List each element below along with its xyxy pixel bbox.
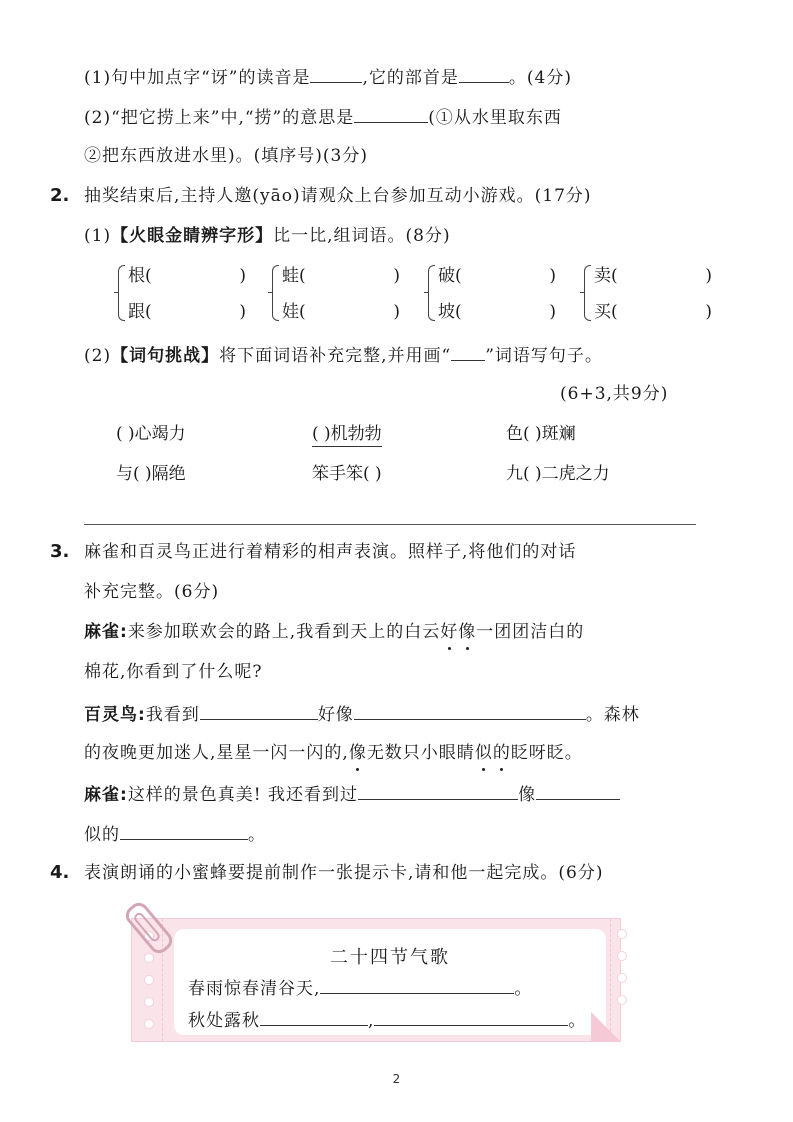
card-holes-right: [617, 929, 627, 1017]
dialog-sparrow-1-line2: 棉花,你看到了什么呢?: [84, 660, 263, 684]
brace-icon: [272, 265, 279, 321]
idiom-2-underlined[interactable]: ( )机勃勃: [312, 422, 382, 447]
question-number-4: 4.: [50, 861, 69, 885]
card-line-2: 秋处露秋,。: [188, 1007, 586, 1033]
q2-sub2-score: (6+3,共9分): [560, 382, 668, 406]
idiom-1[interactable]: ( )心竭力: [116, 422, 186, 446]
poem-blank-2[interactable]: [260, 1007, 368, 1026]
speaker-lark: 百灵鸟:: [84, 705, 146, 725]
dialog-sparrow-1: 麻雀:来参加联欢会的路上,我看到天上的白云好像一团团洁白的: [84, 620, 584, 644]
speaker-sparrow: 麻雀:: [84, 785, 128, 805]
poem-blank-1[interactable]: [320, 975, 514, 994]
card-line-1: 春雨惊春清谷天,。: [188, 975, 532, 1001]
dialog-lark-line2: 的夜晚更加迷人,星星一闪一闪的,像无数只小眼睛似的眨呀眨。: [84, 741, 583, 765]
char-pair-2: 蛙() 娃(): [272, 263, 402, 325]
sentence-answer-line[interactable]: [84, 524, 696, 525]
q4-prompt: 表演朗诵的小蜜蜂要提前制作一张提示卡,请和他一起完成。(6分): [84, 861, 603, 885]
q1-sub1: (1)句中加点字“讶”的读音是,它的部首是。(4分): [84, 64, 572, 90]
q3-prompt-line1: 麻雀和百灵鸟正进行着精彩的相声表演。照样子,将他们的对话: [84, 540, 576, 564]
brace-icon: [118, 265, 125, 321]
char-pair-3: 破() 坡(): [428, 263, 558, 325]
sparrow-end-blank[interactable]: [120, 821, 248, 840]
sparrow-seen-blank[interactable]: [358, 781, 518, 800]
meaning-blank[interactable]: [354, 104, 428, 123]
dialog-sparrow-2-line2: 似的。: [84, 821, 266, 847]
question-number-2: 2.: [50, 184, 69, 208]
pronunciation-blank[interactable]: [310, 64, 362, 83]
lark-seen-blank[interactable]: [200, 701, 318, 720]
q2-sub1-label: (1)【火眼金睛辨字形】比一比,组词语。(8分): [84, 224, 451, 248]
question-number-3: 3.: [50, 540, 69, 564]
solar-terms-card: 二十四节气歌 春雨惊春清谷天,。 秋处露秋,。: [131, 918, 621, 1042]
card-content: 二十四节气歌 春雨惊春清谷天,。 秋处露秋,。: [174, 929, 606, 1035]
q1-sub2-line2: ②把东西放进水里)。(填序号)(3分): [84, 144, 368, 168]
speaker-sparrow: 麻雀:: [84, 622, 128, 642]
brace-icon: [584, 265, 591, 321]
card-title: 二十四节气歌: [174, 943, 606, 969]
idiom-3[interactable]: 色( )斑斓: [506, 422, 576, 446]
q1-sub2: (2)“把它捞上来”中,“捞”的意思是(①从水里取东西: [84, 104, 562, 130]
q2-prompt: 抽奖结束后,主持人邀(yāo)请观众上台参加互动小游戏。(17分): [84, 184, 592, 208]
q3-prompt-line2: 补充完整。(6分): [84, 580, 219, 604]
q2-sub2-label: (2)【词句挑战】将下面词语补充完整,并用画“”词语写句子。: [84, 342, 603, 368]
lark-simile-blank[interactable]: [354, 701, 586, 720]
dialog-sparrow-2: 麻雀:这样的景色真美! 我还看到过像: [84, 781, 620, 807]
char-pair-4: 卖() 买(): [584, 263, 714, 325]
idiom-5[interactable]: 笨手笨( ): [312, 462, 382, 486]
radical-blank[interactable]: [459, 64, 509, 83]
idiom-6[interactable]: 九( )二虎之力: [506, 462, 610, 486]
sparrow-simile-blank[interactable]: [536, 781, 620, 800]
page-fold-corner: [591, 1012, 621, 1042]
brace-icon: [428, 265, 435, 321]
poem-blank-3[interactable]: [374, 1007, 568, 1026]
page-number: 2: [0, 1072, 793, 1086]
underline-sample: [451, 342, 485, 361]
char-pair-1: 根() 跟(): [118, 263, 248, 325]
dialog-lark: 百灵鸟:我看到好像。森林: [84, 701, 640, 727]
worksheet-page: (1)句中加点字“讶”的读音是,它的部首是。(4分) (2)“把它捞上来”中,“…: [0, 0, 793, 1122]
idiom-4[interactable]: 与( )隔绝: [116, 462, 186, 486]
